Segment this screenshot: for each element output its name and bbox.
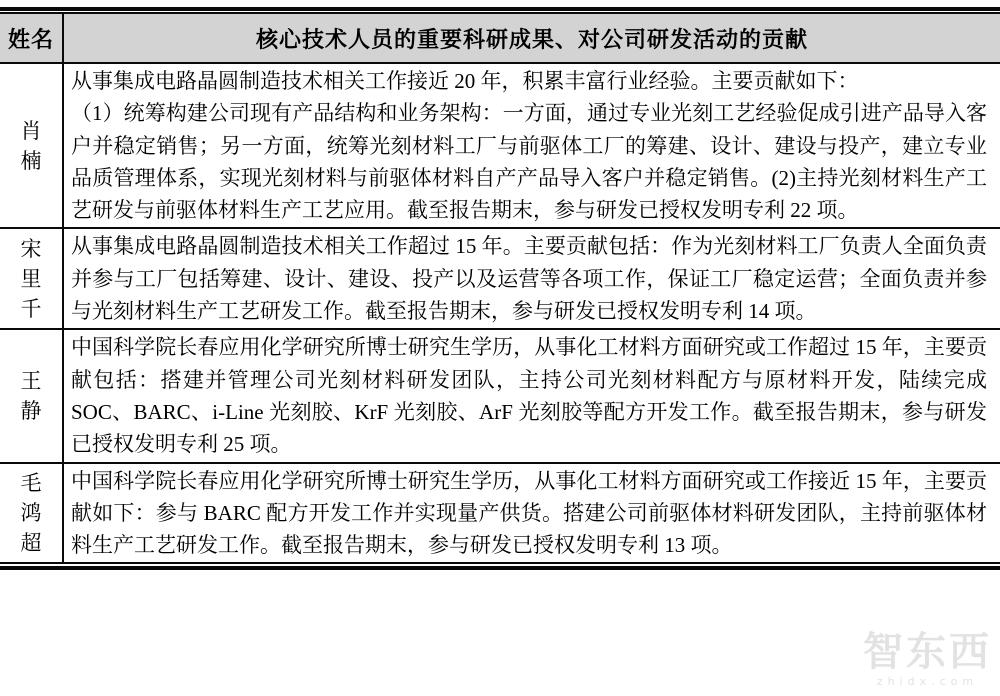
contribution-paragraph: 中国科学院长春应用化学研究所博士研究生学历，从事化工材料方面研究或工作超过 15…	[71, 331, 987, 460]
watermark-url: zhidx.com	[863, 675, 992, 688]
contribution-paragraph: 从事集成电路晶圆制造技术相关工作接近 20 年，积累丰富行业经验。主要贡献如下：	[71, 65, 987, 97]
person-contribution: 从事集成电路晶圆制造技术相关工作接近 20 年，积累丰富行业经验。主要贡献如下：…	[63, 63, 1000, 228]
header-name: 姓名	[0, 14, 63, 63]
table-row: 毛鸿超 中国科学院长春应用化学研究所博士研究生学历，从事化工材料方面研究或工作接…	[0, 463, 1000, 563]
header-row: 姓名 核心技术人员的重要科研成果、对公司研发活动的贡献	[0, 14, 1000, 63]
table-bottom-thin-rule	[0, 562, 1000, 564]
document-page: 智东西 zhidx.com 姓名 核心技术人员的重要科研成果、对公司研发活动的贡…	[0, 0, 1000, 696]
person-contribution: 中国科学院长春应用化学研究所博士研究生学历，从事化工材料方面研究或工作超过 15…	[63, 329, 1000, 462]
person-name: 毛鸿超	[0, 463, 63, 563]
contribution-paragraph: （1）统筹构建公司现有产品结构和业务架构：一方面，通过专业光刻工艺经验促成引进产…	[71, 97, 987, 226]
core-personnel-table-section: 姓名 核心技术人员的重要科研成果、对公司研发活动的贡献 肖楠 从事集成电路晶圆制…	[0, 7, 1000, 570]
person-contribution: 从事集成电路晶圆制造技术相关工作超过 15 年。主要贡献包括：作为光刻材料工厂负…	[63, 228, 1000, 329]
person-name: 王静	[0, 329, 63, 462]
contribution-paragraph: 中国科学院长春应用化学研究所博士研究生学历，从事化工材料方面研究或工作接近 15…	[71, 465, 987, 562]
table-row: 肖楠 从事集成电路晶圆制造技术相关工作接近 20 年，积累丰富行业经验。主要贡献…	[0, 63, 1000, 228]
person-name: 宋里千	[0, 228, 63, 329]
table-row: 宋里千 从事集成电路晶圆制造技术相关工作超过 15 年。主要贡献包括：作为光刻材…	[0, 228, 1000, 329]
watermark: 智东西 zhidx.com	[863, 632, 992, 688]
person-name: 肖楠	[0, 63, 63, 228]
person-contribution: 中国科学院长春应用化学研究所博士研究生学历，从事化工材料方面研究或工作接近 15…	[63, 463, 1000, 563]
core-personnel-table: 姓名 核心技术人员的重要科研成果、对公司研发活动的贡献 肖楠 从事集成电路晶圆制…	[0, 14, 1000, 562]
contribution-paragraph: 从事集成电路晶圆制造技术相关工作超过 15 年。主要贡献包括：作为光刻材料工厂负…	[71, 230, 987, 327]
watermark-logo: 智东西	[863, 632, 992, 672]
table-top-thick-rule	[0, 7, 1000, 11]
table-row: 王静 中国科学院长春应用化学研究所博士研究生学历，从事化工材料方面研究或工作超过…	[0, 329, 1000, 462]
table-bottom-thick-rule	[0, 566, 1000, 570]
header-contribution: 核心技术人员的重要科研成果、对公司研发活动的贡献	[63, 14, 1000, 63]
